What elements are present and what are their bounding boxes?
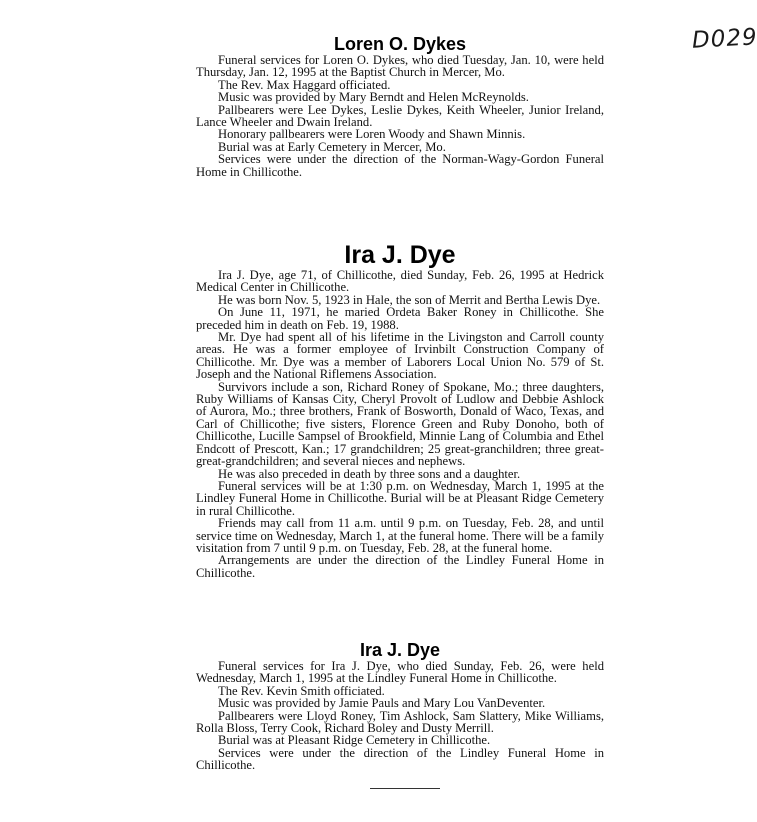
paragraph: Music was provided by Mary Berndt and He… bbox=[196, 91, 604, 103]
handwritten-page-id: D029 bbox=[691, 24, 757, 53]
headline: Ira J. Dye bbox=[196, 242, 604, 269]
funeral-notice-ira-dye: Ira J. Dye Funeral services for Ira J. D… bbox=[196, 640, 604, 772]
headline: Loren O. Dykes bbox=[196, 34, 604, 54]
paragraph: Friends may call from 11 a.m. until 9 p.… bbox=[196, 517, 604, 554]
paragraph: Funeral services for Ira J. Dye, who die… bbox=[196, 660, 604, 685]
paragraph: Arrangements are under the direction of … bbox=[196, 554, 604, 579]
paragraph: Funeral services for Loren O. Dykes, who… bbox=[196, 54, 604, 79]
paragraph: On June 11, 1971, he maried Ordeta Baker… bbox=[196, 306, 604, 331]
paragraph: Pallbearers were Lloyd Roney, Tim Ashloc… bbox=[196, 710, 604, 735]
paragraph: Services were under the direction of the… bbox=[196, 747, 604, 772]
paragraph: Pallbearers were Lee Dykes, Leslie Dykes… bbox=[196, 104, 604, 129]
paragraph: Burial was at Pleasant Ridge Cemetery in… bbox=[196, 734, 604, 746]
paragraph: Mr. Dye had spent all of his lifetime in… bbox=[196, 331, 604, 381]
paragraph: Funeral services will be at 1:30 p.m. on… bbox=[196, 480, 604, 517]
headline: Ira J. Dye bbox=[196, 640, 604, 660]
obituary-loren-dykes: Loren O. Dykes Funeral services for Lore… bbox=[196, 34, 604, 178]
paragraph: Services were under the direction of the… bbox=[196, 153, 604, 178]
paragraph: Ira J. Dye, age 71, of Chillicothe, died… bbox=[196, 269, 604, 294]
paragraph: Survivors include a son, Richard Roney o… bbox=[196, 381, 604, 468]
obituary-ira-dye: Ira J. Dye Ira J. Dye, age 71, of Chilli… bbox=[196, 242, 604, 579]
paragraph: Music was provided by Jamie Pauls and Ma… bbox=[196, 697, 604, 709]
end-rule-divider bbox=[370, 788, 440, 789]
paragraph: Honorary pallbearers were Loren Woody an… bbox=[196, 128, 604, 140]
